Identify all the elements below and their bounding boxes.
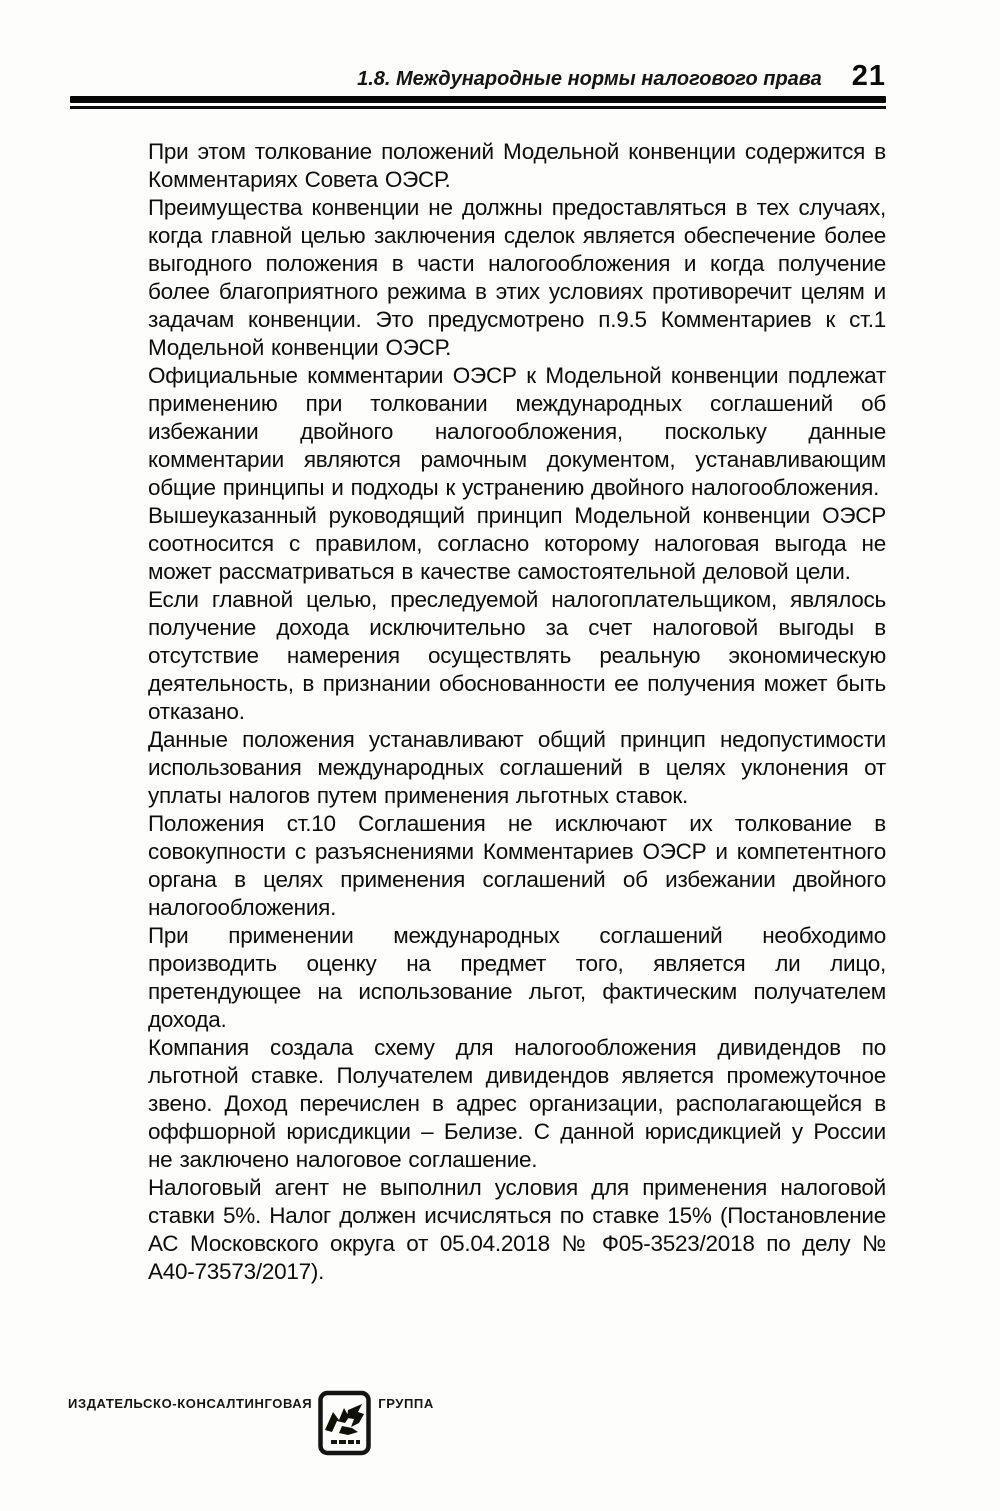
paragraph: Налоговый агент не выполнил условия для … — [148, 1174, 886, 1286]
header-divider — [70, 96, 886, 109]
paragraph: Данные положения устанавливают общий при… — [148, 726, 886, 810]
paragraph: Официальные комментарии ОЭСР к Модельной… — [148, 362, 886, 502]
divider-thin-line — [70, 106, 886, 109]
page-header: 1.8. Международные нормы налогового прав… — [72, 60, 886, 93]
publisher-footer: ИЗДАТЕЛЬСКО-КОНСАЛТИНГОВАЯ ГРУППА — [68, 1390, 434, 1458]
paragraph: При применении международных соглашений … — [148, 922, 886, 1034]
divider-thick-line — [70, 96, 886, 103]
section-title: 1.8. Международные нормы налогового прав… — [357, 68, 822, 91]
body-text: При этом толкование положений Модельной … — [148, 138, 886, 1286]
publisher-logo-icon — [318, 1390, 372, 1458]
scanned-book-page: 1.8. Международные нормы налогового прав… — [0, 0, 1000, 1511]
paragraph: Положения ст.10 Соглашения не исключают … — [148, 810, 886, 922]
paragraph: Компания создала схему для налогообложен… — [148, 1034, 886, 1174]
publisher-name-right: ГРУППА — [378, 1396, 434, 1411]
paragraph: При этом толкование положений Модельной … — [148, 138, 886, 194]
paragraph: Если главной целью, преследуемой налогоп… — [148, 586, 886, 726]
paragraph: Вышеуказанный руководящий принцип Модель… — [148, 502, 886, 586]
paragraph: Преимущества конвенции не должны предост… — [148, 194, 886, 362]
publisher-name-left: ИЗДАТЕЛЬСКО-КОНСАЛТИНГОВАЯ — [68, 1396, 312, 1411]
page-number: 21 — [852, 60, 886, 93]
